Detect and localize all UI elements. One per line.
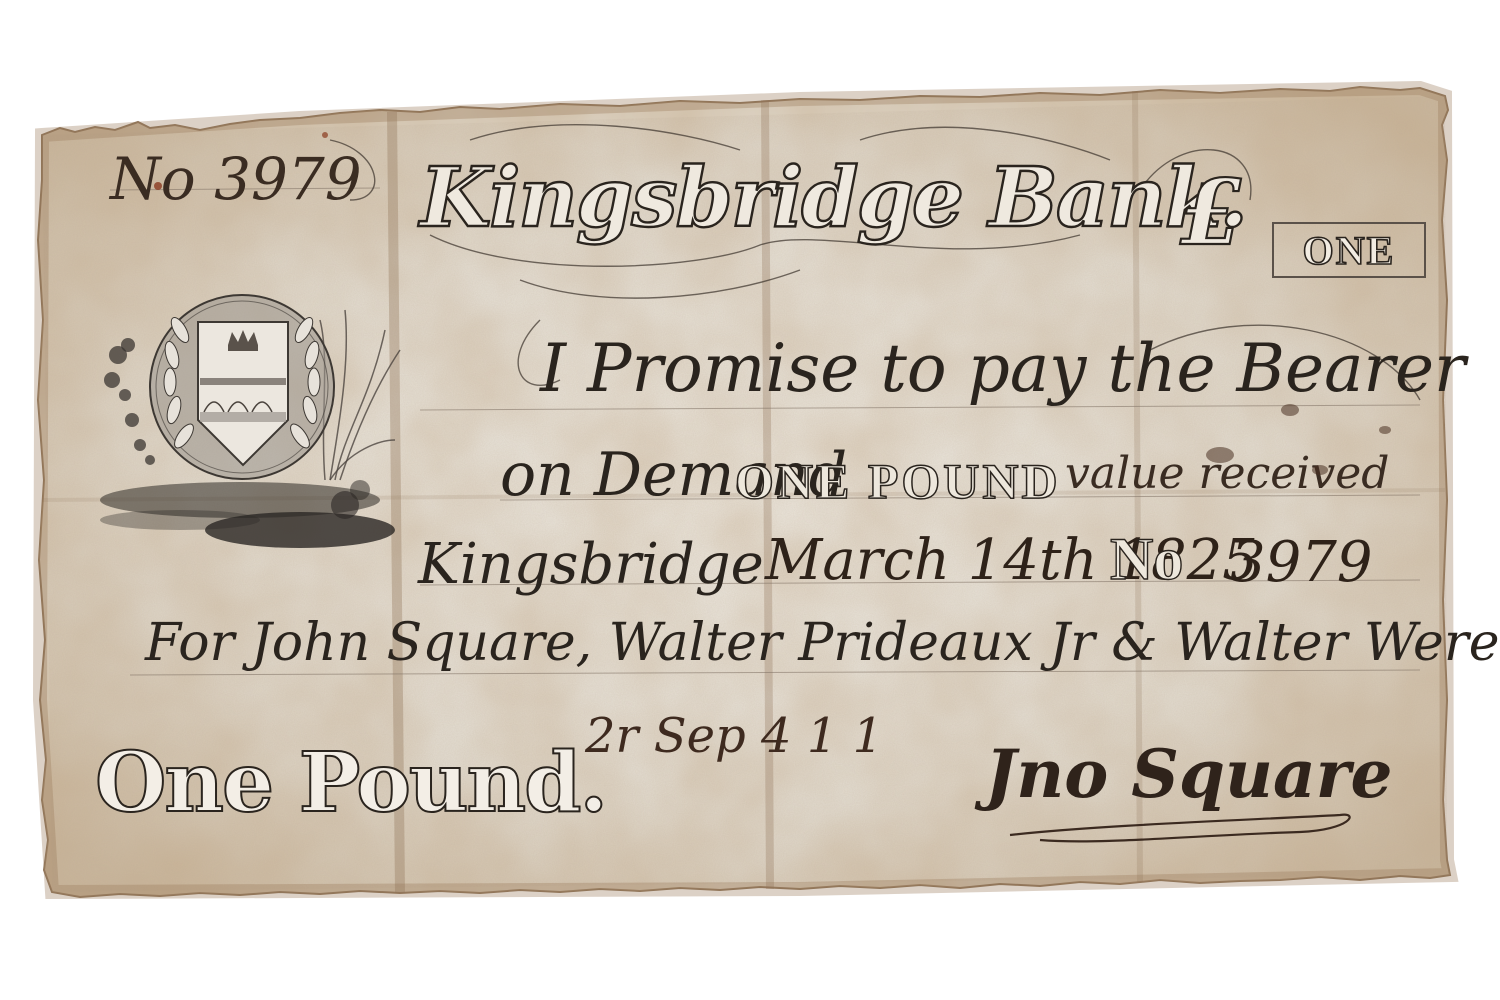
value-received: value received bbox=[1065, 448, 1389, 499]
serial-number-top-left: No 3979 bbox=[110, 145, 362, 213]
pound-sign-icon: £ bbox=[1180, 160, 1243, 266]
amount-blackletter: One Pound. bbox=[95, 735, 606, 831]
ink-annotation: 2r Sep 4 1 1 bbox=[585, 708, 883, 764]
bank-name-title: Kingsbridge Bank. bbox=[420, 150, 1246, 246]
denomination-box: ONE bbox=[1272, 222, 1426, 278]
banknote-photo: No 3979 Kingsbridge Bank. £ ONE I Promis… bbox=[0, 0, 1500, 1000]
place-name: Kingsbridge bbox=[418, 532, 764, 597]
signature: Jno Square bbox=[985, 735, 1393, 813]
serial-number-right: 3979 bbox=[1230, 530, 1373, 595]
number-label: No bbox=[1110, 525, 1183, 594]
partners-line: For John Square, Walter Prideaux Jr & Wa… bbox=[145, 613, 1500, 673]
promise-line: I Promise to pay the Bearer bbox=[540, 330, 1466, 407]
issue-date: March 14th 1825 bbox=[765, 528, 1258, 593]
amount-caps: ONE POUND bbox=[735, 452, 1061, 510]
banknote: No 3979 Kingsbridge Bank. £ ONE I Promis… bbox=[0, 0, 1500, 1000]
